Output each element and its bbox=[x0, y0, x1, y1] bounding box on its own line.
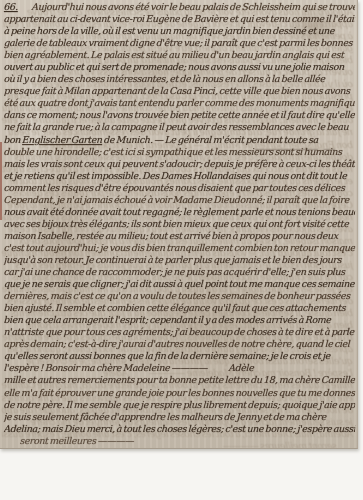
handwriting-line: jusqu'à son retour. Je continuerai à te … bbox=[4, 255, 356, 267]
handwriting-text: mais les vrais sont ceux qui peuvent s'a… bbox=[4, 159, 356, 170]
handwriting-line: galerie de tableaux vraiment digne d'êtr… bbox=[4, 38, 356, 50]
handwriting-text: avec ses bijoux très élégants; ils sont … bbox=[4, 219, 350, 230]
handwriting-text: c'est tout aujourd'hui; je vous dis bien… bbox=[4, 243, 356, 254]
handwriting-line: maison Isabelle, restée au milieu; tout … bbox=[4, 231, 356, 243]
handwriting-text: seront meilleures ———— bbox=[20, 436, 135, 447]
handwriting-text: ne fait la grande rue; à la campagne il … bbox=[4, 122, 350, 133]
handwriting-line: bien ajusté. Il semble et combien cette … bbox=[4, 303, 356, 315]
handwriting-line: avec ses bijoux très élégants; ils sont … bbox=[4, 219, 356, 231]
handwriting-line: après demain; c'est-à-dire j'aurai d'aut… bbox=[4, 339, 356, 351]
handwriting-text: mille et autres remerciements pour ta bo… bbox=[4, 375, 356, 386]
handwriting-text: Adelina; mais Dieu merci, à tout les cho… bbox=[4, 424, 356, 435]
handwriting-text: bien agréablement. Le palais est situé a… bbox=[4, 50, 345, 61]
handwriting-text: comment les risques d'être épouvantés no… bbox=[4, 183, 346, 194]
handwriting-line: car j'ai une chance de raccommoder; je n… bbox=[4, 267, 356, 279]
handwriting-line: bien que cela arrangerait l'esprit; cepe… bbox=[4, 315, 356, 327]
handwriting-line: Adelina; mais Dieu merci, à tout les cho… bbox=[4, 424, 356, 436]
handwriting-line: ouvert au public et qui sert de promenad… bbox=[4, 62, 356, 74]
page-number: 66. bbox=[4, 2, 19, 13]
handwriting-line: presque fait à Milan appartenant de la C… bbox=[4, 86, 356, 98]
handwriting-text: à peine hors de la ville, où il est venu… bbox=[4, 26, 335, 37]
handwriting-line: seront meilleures ———— bbox=[4, 436, 356, 448]
handwriting-text: dernières, mais c'est ce qu'on a voulu d… bbox=[4, 291, 351, 302]
handwriting-line: double une hirondelle; c'est ici si symp… bbox=[4, 147, 356, 159]
handwriting-text: elle m'a fait éprouver une grande joie p… bbox=[4, 388, 356, 399]
handwriting-text: Aujourd'hui nous avons été voir le beau … bbox=[32, 2, 356, 13]
handwriting-text: presque fait à Milan appartenant de la C… bbox=[4, 86, 351, 97]
handwriting-line: bon Englischer Garten de Munich. — Le gé… bbox=[4, 135, 356, 147]
letter-page: Aujourd'hui nous avons été voir le beau … bbox=[0, 0, 358, 449]
handwriting-line: qu'elles seront aussi bonnes que la fin … bbox=[4, 351, 356, 363]
handwriting-line: mille et autres remerciements pour ta bo… bbox=[4, 375, 356, 387]
handwriting-text: et je retiens qu'il est impossible. Des … bbox=[4, 171, 348, 182]
handwriting-text: Cependant, je n'ai jamais échoué à voir … bbox=[4, 195, 350, 206]
handwriting-line: elle m'a fait éprouver une grande joie p… bbox=[4, 388, 356, 400]
handwriting-text: n'attriste que pour tous ces agréments; … bbox=[4, 327, 356, 338]
handwriting-text: je suis seulement fâchée d'apprendre les… bbox=[4, 412, 327, 423]
handwriting-text: ouvert au public et qui sert de promenad… bbox=[4, 62, 345, 73]
handwriting-line: bien agréablement. Le palais est situé a… bbox=[4, 50, 356, 62]
handwriting-text: car j'ai une chance de raccommoder; je n… bbox=[4, 267, 346, 278]
handwriting-text: où il y a bien des choses intéressantes,… bbox=[4, 74, 326, 85]
handwriting-line: dans ce moment; nous l'avons trouvée bie… bbox=[4, 110, 356, 122]
handwriting-line: été aux quatre dont j'avais tant entendu… bbox=[4, 98, 356, 110]
handwriting-line: mais les vrais sont ceux qui peuvent s'a… bbox=[4, 159, 356, 171]
handwriting-text: double une hirondelle; c'est ici si symp… bbox=[4, 147, 343, 158]
handwriting-text: galerie de tableaux vraiment digne d'êtr… bbox=[4, 38, 354, 49]
handwriting-text: de notre père. Il me semble que je respi… bbox=[4, 400, 356, 411]
handwriting-line: comment les risques d'être épouvantés no… bbox=[4, 183, 356, 195]
handwriting-line: où il y a bien des choses intéressantes,… bbox=[4, 74, 356, 86]
handwriting-line: l'espère ! Bonsoir ma chère Madeleine ——… bbox=[4, 363, 356, 375]
underlined-phrase: Englischer Garten bbox=[22, 135, 103, 146]
handwriting-line: n'attriste que pour tous ces agréments; … bbox=[4, 327, 356, 339]
handwriting-text: bien que cela arrangerait l'esprit; cepe… bbox=[4, 315, 332, 326]
handwriting-text: de Munich. — Le général m'écrit pendant … bbox=[102, 135, 319, 146]
handwriting-line: de notre père. Il me semble que je respi… bbox=[4, 400, 356, 412]
handwriting-text: l'espère ! Bonsoir ma chère Madeleine ——… bbox=[4, 363, 255, 374]
handwriting-line: nous avait été donnée avait tout regagné… bbox=[4, 207, 356, 219]
handwriting-text: nous avait été donnée avait tout regagné… bbox=[4, 207, 356, 218]
handwriting-line: appartenait au ci-devant vice-roi Eugène… bbox=[4, 14, 356, 26]
handwriting-text: maison Isabelle, restée au milieu; tout … bbox=[4, 231, 339, 242]
handwriting-line: que je ne serais que cligner; j'ai dit a… bbox=[4, 279, 356, 291]
handwriting-layer: 66.Aujourd'hui nous avons été voir le be… bbox=[0, 0, 357, 448]
handwriting-line: à peine hors de la ville, où il est venu… bbox=[4, 26, 356, 38]
handwriting-text: bien ajusté. Il semble et combien cette … bbox=[4, 303, 347, 314]
handwriting-text: appartenait au ci-devant vice-roi Eugène… bbox=[4, 14, 356, 25]
handwriting-line: et je retiens qu'il est impossible. Des … bbox=[4, 171, 356, 183]
handwriting-line: c'est tout aujourd'hui; je vous dis bien… bbox=[4, 243, 356, 255]
handwriting-text: après demain; c'est-à-dire j'aurai d'aut… bbox=[4, 339, 351, 350]
handwriting-line: 66.Aujourd'hui nous avons été voir le be… bbox=[4, 2, 356, 14]
handwriting-line: dernières, mais c'est ce qu'on a voulu d… bbox=[4, 291, 356, 303]
handwriting-text: qu'elles seront aussi bonnes que la fin … bbox=[4, 351, 331, 362]
handwriting-line: je suis seulement fâchée d'apprendre les… bbox=[4, 412, 356, 424]
handwriting-line: ne fait la grande rue; à la campagne il … bbox=[4, 122, 356, 134]
handwriting-text: dans ce moment; nous l'avons trouvée bie… bbox=[4, 110, 356, 121]
scan-background: Aujourd'hui nous avons été voir le beau … bbox=[0, 0, 363, 500]
handwriting-text: bon bbox=[4, 135, 23, 146]
handwriting-line: Cependant, je n'ai jamais échoué à voir … bbox=[4, 195, 356, 207]
handwriting-text: jusqu'à son retour. Je continuerai à te … bbox=[4, 255, 342, 266]
handwriting-text: que je ne serais que cligner; j'ai dit a… bbox=[4, 279, 356, 290]
handwriting-text: été aux quatre dont j'avais tant entendu… bbox=[4, 98, 356, 109]
